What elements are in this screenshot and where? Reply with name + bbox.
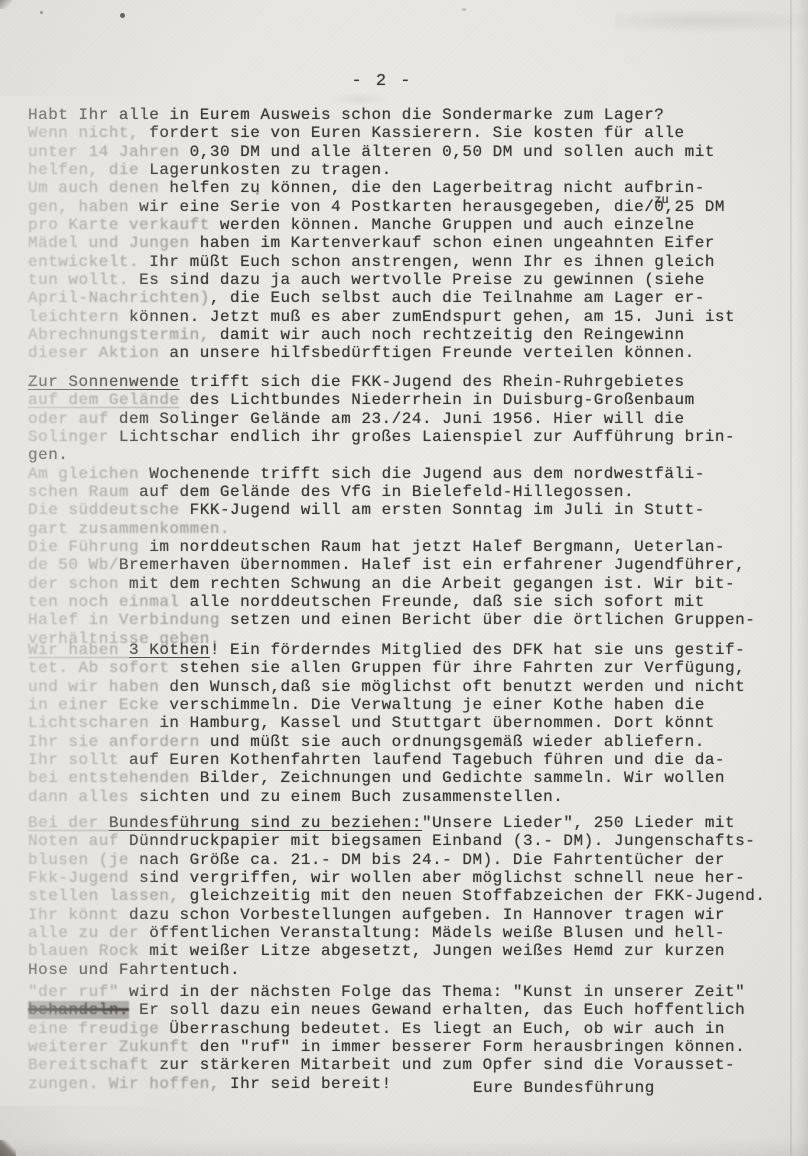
text-segment: Dünndruckpapier mit biegsamen Einband (3…: [119, 832, 755, 850]
text-line: Halef in Verbindung setzen und einen Ber…: [28, 611, 755, 629]
text-segment-faint: Abrechnungstermin,: [28, 326, 210, 344]
text-segment-faint: Halef in Verbindung: [28, 611, 220, 629]
text-line: "der ruf" wird in der nächsten Folge das…: [28, 983, 745, 1001]
text-segment-faint: der schon: [28, 575, 119, 593]
text-segment: sichten und zu einem Buch zusammenstelle…: [129, 788, 563, 806]
text-segment-faint: dieser Aktion: [28, 344, 159, 362]
text-line: April-Nachrichten), die Euch selbst auch…: [28, 289, 735, 307]
text-line: stellen lassen, gleichzeitig mit den neu…: [28, 887, 765, 905]
text-segment: , die Euch selbst auch die Teilnahme am …: [210, 289, 705, 307]
text-segment-faint: in einer Ecke: [28, 696, 159, 714]
text-line: dann alles sichten und zu einem Buch zus…: [28, 788, 745, 806]
text-line: pro Karte verkauft werden können. Manche…: [28, 216, 735, 234]
text-segment-faint: de 50 Wb/: [28, 556, 119, 574]
text-line: Ihr sie anfordern und müßt sie auch ordn…: [28, 733, 745, 751]
text-segment: des Lichtbundes Niederrhein in Duisburg-…: [180, 391, 695, 409]
text-line: Ihr sollt auf Euren Kothenfahrten laufen…: [28, 751, 745, 769]
text-segment: an unsere hilfsbedürftigen Freunde verte…: [159, 344, 694, 362]
text-segment: trifft sich die FKK-Jugend des Rhein-Ruh…: [180, 373, 685, 391]
text-line: dieser Aktion an unsere hilfsbedürftigen…: [28, 344, 735, 362]
text-segment: den Wunsch,daß sie möglichst oft benutzt…: [159, 678, 745, 696]
text-line: Habt Ihr alle in Eurem Ausweis schon die…: [28, 106, 735, 124]
scan-edge-shadow: [0, 1138, 808, 1156]
text-line: weiterer Zukunft den "ruf" in immer bess…: [28, 1038, 745, 1056]
text-line: ten noch einmal alle norddeutschen Freun…: [28, 593, 755, 611]
paragraph-5: "der ruf" wird in der nächsten Folge das…: [28, 983, 745, 1093]
text-segment: sind vergriffen, wir wollen aber möglich…: [129, 869, 745, 887]
text-segment: öffentlichen Veranstaltung: Mädels weiße…: [139, 924, 725, 942]
text-line: helfen, die Lagerunkosten zu tragen.: [28, 161, 735, 179]
text-segment-faint-u: auf dem Gelände: [28, 391, 180, 409]
text-segment-faint: gen, haben: [28, 198, 129, 216]
text-segment-faint-u: Bei der: [28, 814, 109, 832]
text-line: Wenn nicht, fordert sie von Euren Kassie…: [28, 124, 735, 142]
text-segment-faint: Am gleichen: [28, 465, 139, 483]
text-line: Bei der Bundesführung sind zu beziehen:"…: [28, 814, 765, 832]
text-segment-faint: ten noch einmal: [28, 593, 180, 611]
text-segment: zur stärkeren Mitarbeit und zum Opfer si…: [149, 1056, 735, 1074]
text-segment: dem Solinger Gelände am 23./24. Juni 195…: [109, 410, 685, 428]
text-segment: gleichzeitig mit den neuen Stoffabzeiche…: [180, 887, 766, 905]
text-segment: können. Jetzt muß es aber zumEndspurt ge…: [119, 308, 735, 326]
typewritten-text-column: Habt Ihr alle in Eurem Ausweis schon die…: [0, 0, 808, 1156]
paragraph-1: Habt Ihr alle in Eurem Ausweis schon die…: [28, 106, 735, 363]
text-line: Ihr könnt dazu schon Vorbestellungen auf…: [28, 906, 765, 924]
text-line: Lichtscharen in Hamburg, Kassel und Stut…: [28, 714, 745, 732]
paragraph-2: Zur Sonnenwende trifft sich die FKK-Juge…: [28, 373, 755, 648]
text-segment: den "ruf" in immer besserer Form herausb…: [190, 1038, 746, 1056]
document-page: - 2 - Habt Ihr alle in Eurem Ausweis sch…: [0, 0, 808, 1156]
text-line: Abrechnungstermin, damit wir auch noch r…: [28, 326, 735, 344]
text-segment-faint: und wir haben: [28, 678, 159, 696]
text-line: schen Raum auf dem Gelände des VfG in Bi…: [28, 483, 755, 501]
text-segment: Bilder, Zeichnungen und Gedichte sammeln…: [190, 769, 725, 787]
text-segment: werden können. Manche Gruppen und auch e…: [210, 216, 695, 234]
text-line: oder auf dem Solinger Gelände am 23./24.…: [28, 410, 755, 428]
text-segment-faint: Mädel und Jungen: [28, 234, 190, 252]
text-line: unter 14 Jahren 0,30 DM und alle älteren…: [28, 143, 735, 161]
text-line: Zur Sonnenwende trifft sich die FKK-Juge…: [28, 373, 755, 391]
text-segment: setzen und einen Bericht über die örtlic…: [220, 611, 755, 629]
text-segment-faint: Die süddeutsche: [28, 501, 180, 519]
text-segment-strike: behandeln.: [28, 1001, 129, 1019]
text-line: Noten auf Dünndruckpapier mit biegsamen …: [28, 832, 765, 850]
text-line: der schon mit dem rechten Schwung an die…: [28, 575, 755, 593]
text-line: tet. Ab sofort stehen sie allen Gruppen …: [28, 659, 745, 677]
text-line: Solinger Lichtschar endlich ihr großes L…: [28, 428, 755, 446]
text-segment: wird in der nächsten Folge das Thema: "K…: [119, 983, 745, 1001]
text-segment-u: Zur Sonnenwende: [28, 373, 180, 391]
text-segment-faint: pro Karte verkauft: [28, 216, 210, 234]
text-segment: ! Ein förderndes Mitglied des DFK hat si…: [210, 641, 745, 659]
text-segment: Er soll dazu ein neues Gewand erhalten, …: [129, 1001, 745, 1019]
text-line: de 50 Wb/Bremerhaven übernommen. Halef i…: [28, 556, 755, 574]
text-segment: mit dem rechten Schwung an die Arbeit ge…: [119, 575, 735, 593]
text-segment-faint: Die Führung: [28, 538, 139, 556]
text-segment-faint: blauen Rock: [28, 942, 139, 960]
text-segment-faint: leichtern: [28, 308, 119, 326]
text-segment-faint: "der ruf": [28, 983, 119, 1001]
text-segment-faint: blusen (je: [28, 851, 129, 869]
text-segment: Lagerunkosten zu tragen.: [139, 161, 392, 179]
text-segment-faint: stellen lassen,: [28, 887, 180, 905]
text-segment: fordert sie von Euren Kassierern. Sie ko…: [139, 124, 684, 142]
text-line: Die Führung im norddeutschen Raum hat je…: [28, 538, 755, 556]
text-line: auf dem Gelände des Lichtbundes Niederrh…: [28, 391, 755, 409]
text-line: Die süddeutsche FKK-Jugend will am erste…: [28, 501, 755, 519]
text-segment-faint: unter 14 Jahren: [28, 143, 180, 161]
text-line: tun wollt. Es sind dazu ja auch wertvoll…: [28, 271, 735, 289]
text-line: leichtern können. Jetzt muß es aber zumE…: [28, 308, 735, 326]
text-line: blauen Rock mit weißer Litze abgesetzt, …: [28, 942, 765, 960]
text-line: gen, haben wir eine Serie von 4 Postkart…: [28, 198, 735, 216]
text-segment: Habt Ihr alle in Eurem Ausweis schon die…: [28, 106, 664, 124]
text-segment-faint: weiterer Zukunft: [28, 1038, 190, 1056]
text-segment-faint: alle zu der: [28, 924, 139, 942]
text-segment: Ihr müßt Euch schon anstrengen, wenn Ihr…: [139, 253, 715, 271]
text-segment-faint: April-Nachrichten): [28, 289, 210, 307]
text-segment: Überraschung bedeutet. Es liegt an Euch,…: [159, 1020, 725, 1038]
text-line: bei entstehenden Bilder, Zeichnungen und…: [28, 769, 745, 787]
scan-corner-mark: [0, 0, 12, 9]
text-segment-faint: tun wollt.: [28, 271, 129, 289]
text-segment: dazu schon Vorbestellungen aufgeben. In …: [119, 906, 725, 924]
text-line: gen.: [28, 446, 755, 464]
text-segment: gen.: [28, 446, 68, 464]
text-segment-faint: Ihr sie anfordern: [28, 733, 200, 751]
text-segment: nach Größe ca. 21.- DM bis 24.- DM). Die…: [129, 851, 725, 869]
text-line: und wir haben den Wunsch,daß sie möglich…: [28, 678, 745, 696]
text-segment-faint: Noten auf: [28, 832, 119, 850]
text-segment-faint: bei entstehenden: [28, 769, 190, 787]
text-line: Wir haben 3 Kothen! Ein förderndes Mitgl…: [28, 641, 745, 659]
text-line: alle zu der öffentlichen Veranstaltung: …: [28, 924, 765, 942]
text-line: Fkk-Jugend sind vergriffen, wir wollen a…: [28, 869, 765, 887]
text-segment: Wochenende trifft sich die Jugend aus de…: [139, 465, 705, 483]
paragraph-4: Bei der Bundesführung sind zu beziehen:"…: [28, 814, 765, 979]
text-segment: im norddeutschen Raum hat jetzt Halef Be…: [139, 538, 725, 556]
text-segment: "Unsere Lieder", 250 Lieder mit: [422, 814, 735, 832]
scan-speck: [120, 13, 125, 18]
text-segment: in Hamburg, Kassel und Stuttgart übernom…: [149, 714, 715, 732]
text-segment-faint: schen Raum: [28, 483, 129, 501]
text-line: blusen (je nach Größe ca. 21.- DM bis 24…: [28, 851, 765, 869]
text-segment: und müßt sie auch ordnungsgemäß wieder a…: [200, 733, 705, 751]
text-segment: haben im Kartenverkauf schon einen ungea…: [190, 234, 715, 252]
scan-speck: [40, 11, 43, 14]
text-segment-faint: Um auch denen: [28, 179, 159, 197]
text-segment-u: 3 Kothen: [129, 641, 210, 659]
text-segment-u: Bundesführung sind zu beziehen:: [109, 814, 422, 832]
text-segment: damit wir auch noch rechtzeitig den Rein…: [210, 326, 685, 344]
scan-speck: [256, 192, 259, 195]
text-line: behandeln. Er soll dazu ein neues Gewand…: [28, 1001, 745, 1019]
text-segment-faint: gart zusammenkommen.: [28, 520, 230, 538]
text-line: gart zusammenkommen.: [28, 520, 755, 538]
text-line: eine freudige Überraschung bedeutet. Es …: [28, 1020, 745, 1038]
scan-speck: [462, 8, 466, 11]
scan-edge-crease: [790, 0, 792, 1156]
text-line: Hose und Fahrtentuch.: [28, 961, 765, 979]
text-segment-faint: tet. Ab sofort: [28, 659, 169, 677]
text-segment: Hose und Fahrtentuch.: [28, 961, 240, 979]
text-segment: alle norddeutschen Freunde, daß sie sich…: [180, 593, 705, 611]
text-line: Bereitschaft zur stärkeren Mitarbeit und…: [28, 1056, 745, 1074]
text-segment-faint: eine freudige: [28, 1020, 159, 1038]
text-line: in einer Ecke verschimmeln. Die Verwaltu…: [28, 696, 745, 714]
signature: Eure Bundesführung: [473, 1079, 655, 1097]
text-segment-faint: Ihr könnt: [28, 906, 119, 924]
paragraph-3: Wir haben 3 Kothen! Ein förderndes Mitgl…: [28, 641, 745, 806]
text-segment: 0,30 DM und alle älteren 0,50 DM und sol…: [180, 143, 715, 161]
text-segment: auf Euren Kothenfahrten laufend Tagebuch…: [119, 751, 725, 769]
text-segment: helfen zu können, die den Lagerbeitrag n…: [159, 179, 704, 197]
text-segment-faint: dann alles: [28, 788, 129, 806]
text-segment: wir eine Serie von 4 Postkarten herausge…: [129, 198, 654, 216]
text-segment-faint-u: Wir haben: [28, 641, 129, 659]
text-segment-faint: Ihr sollt: [28, 751, 119, 769]
text-segment: stehen sie allen Gruppen für ihre Fahrte…: [169, 659, 745, 677]
text-segment: mit weißer Litze abgesetzt, Jungen weiße…: [139, 942, 725, 960]
text-segment-faint: entwickelt.: [28, 253, 139, 271]
text-segment-faint: Fkk-Jugend: [28, 869, 129, 887]
text-segment: Bremerhaven übernommen. Halef ist ein er…: [119, 556, 745, 574]
text-segment-faint: Wenn nicht,: [28, 124, 139, 142]
text-segment: Ihr seid bereit!: [220, 1075, 392, 1093]
text-segment-faint: Lichtscharen: [28, 714, 149, 732]
text-segment: FKK-Jugend will am ersten Sonntag im Jul…: [180, 501, 705, 519]
text-segment-faint: helfen, die: [28, 161, 139, 179]
text-line: Um auch denen helfen zu können, die den …: [28, 179, 735, 197]
text-segment: verschimmeln. Die Verwaltung je einer Ko…: [159, 696, 704, 714]
text-line: entwickelt. Ihr müßt Euch schon anstreng…: [28, 253, 735, 271]
text-segment-faint: zungen. Wir hoffen,: [28, 1075, 220, 1093]
text-line: Am gleichen Wochenende trifft sich die J…: [28, 465, 755, 483]
text-segment: auf dem Gelände des VfG in Bielefeld-Hil…: [129, 483, 634, 501]
scan-edge-shadow: [796, 0, 808, 1156]
text-segment-faint: Solinger: [28, 428, 109, 446]
text-segment-faint: Bereitschaft: [28, 1056, 149, 1074]
text-segment-faint: oder auf: [28, 410, 109, 428]
text-line: Mädel und Jungen haben im Kartenverkauf …: [28, 234, 735, 252]
text-segment: Es sind dazu ja auch wertvolle Preise zu…: [129, 271, 705, 289]
text-segment: Lichtschar endlich ihr großes Laienspiel…: [109, 428, 735, 446]
